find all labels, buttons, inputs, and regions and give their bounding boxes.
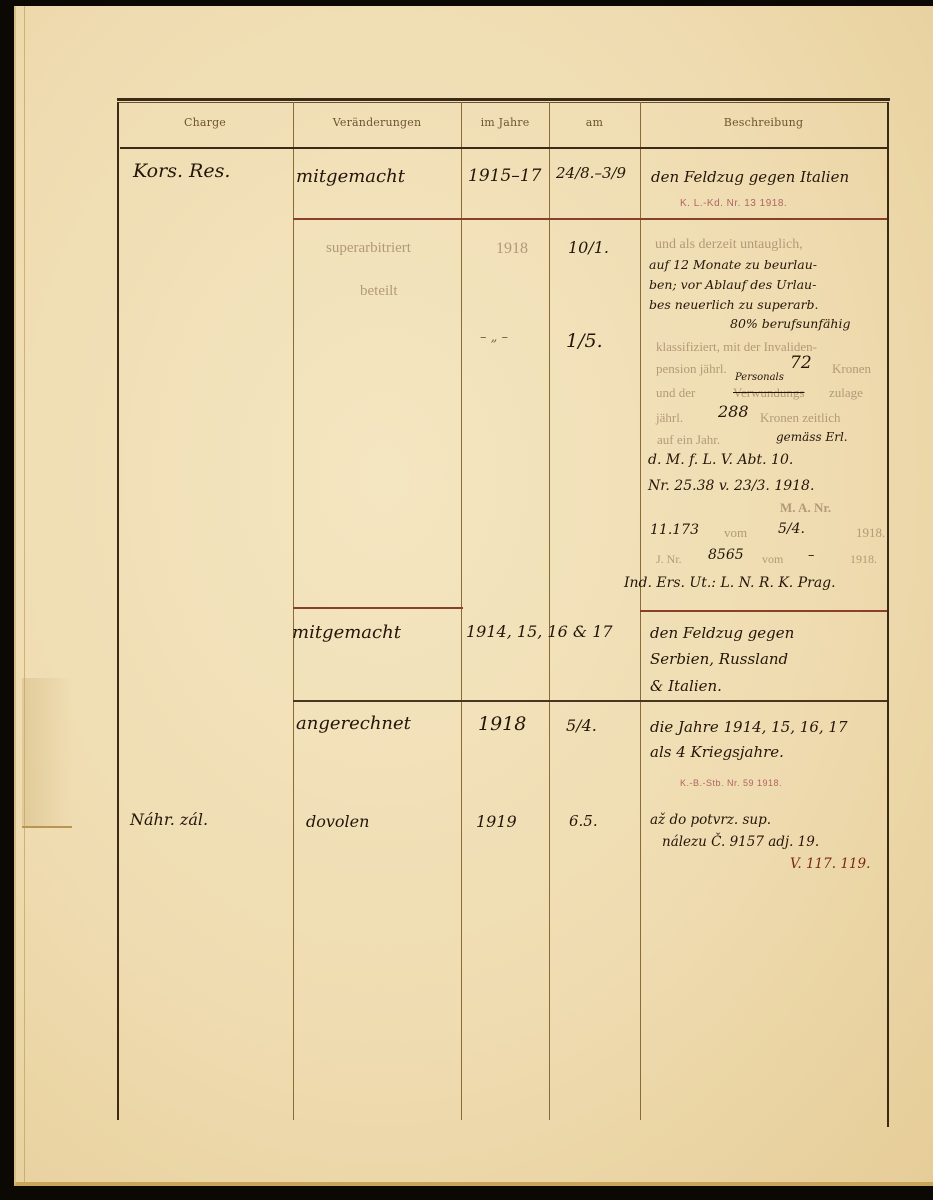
entry1-change: mitgemacht <box>296 166 405 187</box>
entry1-year: 1915–17 <box>468 166 541 186</box>
desc-line: die Jahre 1914, 15, 16, 17 <box>650 718 848 736</box>
desc-line: J. Nr. <box>656 552 682 567</box>
desc-line: & Italien. <box>650 677 722 695</box>
desc-line: 1918. <box>850 552 877 567</box>
header-year: im Jahre <box>461 116 549 129</box>
desc-line: den Feldzug gegen <box>650 624 794 642</box>
desc-line: ben; vor Ablauf des Urlau- <box>649 277 816 292</box>
desc-line: Kronen zeitlich <box>760 410 841 426</box>
entry1-charge: Kors. Res. <box>133 160 230 182</box>
desc-correction: Personals <box>735 372 784 383</box>
desc-line: Serbien, Russland <box>650 650 788 668</box>
entry-rule <box>293 607 463 609</box>
table-right-border <box>887 102 889 1127</box>
entry5-charge: Náhr. zál. <box>130 810 208 829</box>
entry2-ditto-mark: – „ – <box>480 330 508 345</box>
allowance-amount: 288 <box>718 402 749 421</box>
desc-line: und der <box>656 385 695 401</box>
desc-line: auf 12 Monate zu beurlau- <box>649 257 817 272</box>
desc-line: bes neuerlich zu superarb. <box>649 297 819 312</box>
entry2-printed-superarbitriert: superarbitriert <box>326 240 411 257</box>
entry4-date: 5/4. <box>566 716 597 735</box>
table-left-border <box>117 102 119 1120</box>
entry2-date: 10/1. <box>568 238 609 257</box>
jnr-date: – <box>808 548 815 563</box>
entry-rule <box>293 218 887 220</box>
entry2-date2: 1/5. <box>566 330 603 352</box>
desc-line: d. M. f. L. V. Abt. 10. <box>648 452 793 468</box>
entry5-year: 1919 <box>476 812 517 831</box>
entry-rule <box>640 610 887 612</box>
desc-line: und als derzeit untauglich, <box>655 237 803 253</box>
desc-line: jährl. <box>656 410 683 426</box>
desc-line: V. 117. 119. <box>790 856 870 872</box>
desc-line: M. A. Nr. <box>780 500 831 516</box>
entry5-date: 6.5. <box>569 812 598 830</box>
header-rule <box>120 147 887 149</box>
desc-line: zulage <box>829 385 863 401</box>
desc-line: gemäss Erl. <box>776 430 848 444</box>
entry1-stamp: K. L.-Kd. Nr. 13 1918. <box>680 198 787 209</box>
desc-line: 1918. <box>856 525 885 541</box>
entry4-year: 1918 <box>478 713 526 735</box>
header-changes: Veränderungen <box>293 116 461 129</box>
table-top-rule-thin <box>119 102 889 103</box>
table-top-rule <box>117 98 890 101</box>
desc-line: vom <box>762 552 783 567</box>
entry5-change: dovolen <box>306 812 369 831</box>
ma-date: 5/4. <box>778 521 805 537</box>
col-divider <box>293 102 294 1120</box>
header-description: Beschreibung <box>640 116 887 129</box>
torn-fold <box>22 678 72 828</box>
desc-line: 80% berufsunfähig <box>730 316 850 331</box>
desc-line: Nr. 25.38 v. 23/3. 1918. <box>648 478 814 494</box>
desc-line: až do potvrz. sup. <box>650 812 771 828</box>
entry-rule <box>293 700 887 702</box>
entry2-printed-beteilt: beteilt <box>360 283 398 300</box>
entry2-year: 1918 <box>496 240 528 258</box>
desc-line: Ind. Ers. Ut.: L. N. R. K. Prag. <box>624 575 836 591</box>
col-divider <box>461 102 462 1120</box>
entry1-date: 24/8.–3/9 <box>556 164 626 182</box>
desc-line: Kronen <box>832 361 871 377</box>
entry3-change: mitgemacht <box>292 622 401 643</box>
desc-line: vom <box>724 525 747 541</box>
desc-line: als 4 Kriegsjahre. <box>650 743 784 761</box>
desc-struck-word: Verwundungs <box>733 385 805 401</box>
jnr-number: 8565 <box>708 547 744 563</box>
desc-line: auf ein Jahr. <box>657 432 720 448</box>
entry4-change: angerechnet <box>296 713 411 734</box>
entry1-description: den Feldzug gegen Italien <box>651 168 849 186</box>
col-divider <box>549 102 550 1120</box>
pension-amount: 72 <box>790 353 812 373</box>
ma-number: 11.173 <box>650 522 699 538</box>
header-charge: Charge <box>117 116 293 129</box>
desc-line: nálezu Č. 9157 adj. 19. <box>662 834 819 850</box>
header-date: am <box>549 116 640 129</box>
desc-line: pension jährl. <box>656 361 727 377</box>
entry3-year: 1914, 15, 16 & 17 <box>466 622 613 641</box>
entry4-stamp: K.-B.-Stb. Nr. 59 1918. <box>680 778 782 788</box>
